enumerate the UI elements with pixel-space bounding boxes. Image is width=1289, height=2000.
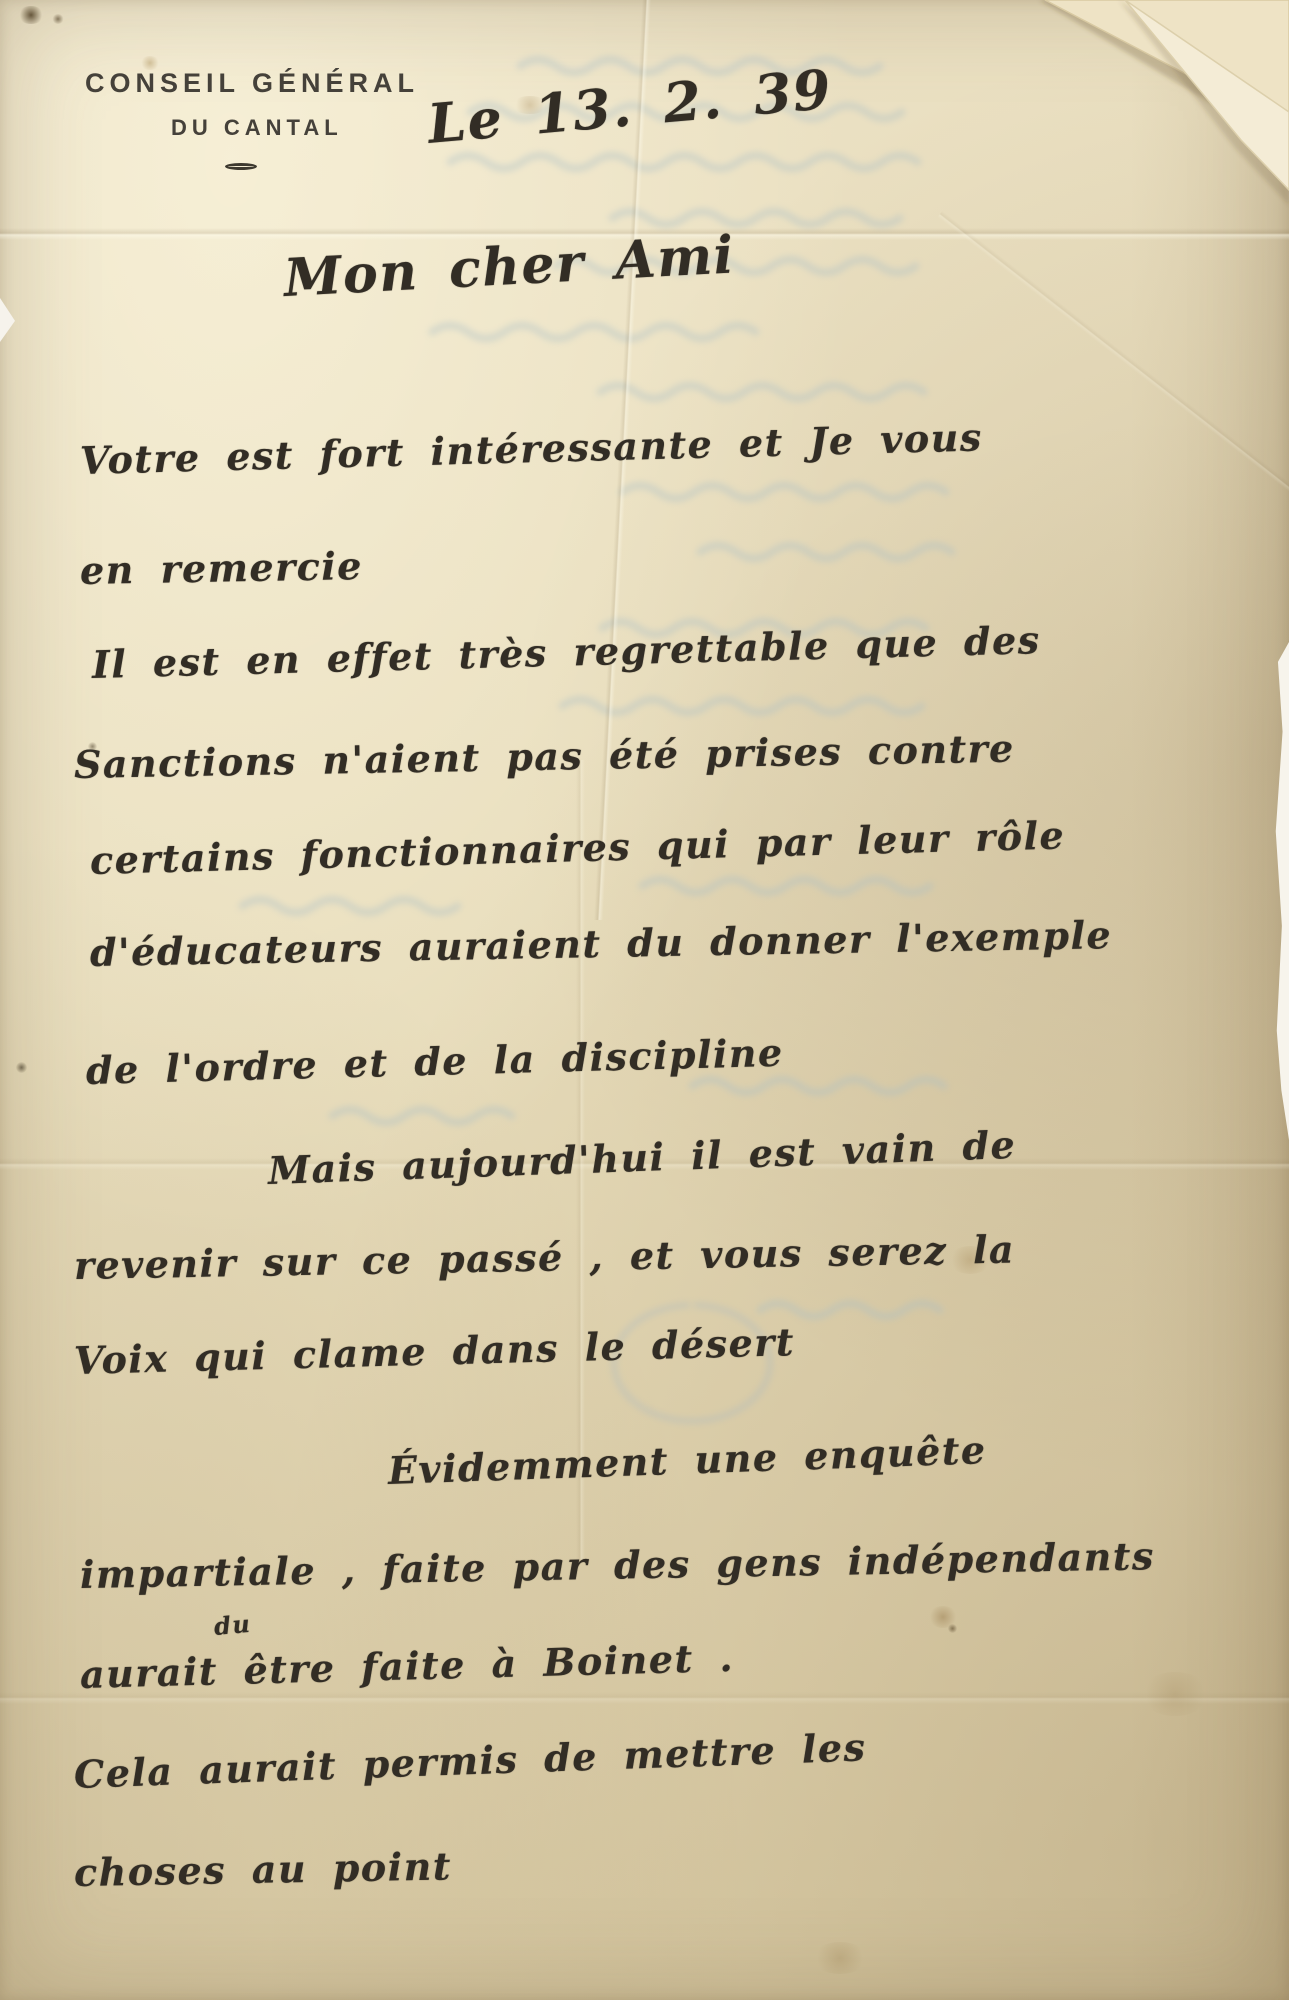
handwritten-line: certains fonctionnaires qui par leur rôl… <box>89 812 1065 883</box>
handwritten-line: Évidemment une enquête <box>387 1427 987 1493</box>
handwritten-line: en remercie <box>80 543 364 593</box>
handwritten-line: de l'ordre et de la discipline <box>85 1030 784 1093</box>
stain <box>16 1062 27 1073</box>
stain <box>52 14 64 24</box>
handwritten-line: Mais aujourd'hui il est vain de <box>267 1122 1017 1193</box>
handwritten-line: Voix qui clame dans le désert <box>73 1319 795 1383</box>
handwritten-line: Sanctions n'aient pas été prises contre <box>74 726 1016 787</box>
letterhead-line1: CONSEIL GÉNÉRAL <box>85 68 419 99</box>
stain <box>948 1624 957 1633</box>
letterhead-line2: DU CANTAL <box>171 115 419 141</box>
letterhead-divider <box>225 163 257 170</box>
interline-insertion: du <box>213 1609 253 1641</box>
handwritten-date: Le 13. 2. 39 <box>425 57 834 156</box>
stain <box>928 1606 958 1628</box>
paper-shading <box>1129 0 1289 2000</box>
handwritten-line: Cela aurait permis de mettre les <box>73 1724 867 1797</box>
torn-edge <box>0 298 15 342</box>
letterhead: CONSEIL GÉNÉRAL DU CANTAL <box>85 68 419 170</box>
stain <box>812 1942 868 1974</box>
letter-page: CONSEIL GÉNÉRAL DU CANTAL Le 13. 2. 39 M… <box>0 0 1289 2000</box>
handwritten-line: d'éducateurs auraient du donner l'exempl… <box>90 912 1113 975</box>
bleed-through-ink <box>0 0 1289 2000</box>
handwritten-line: impartiale , faite par des gens indépend… <box>80 1533 1156 1597</box>
handwritten-line: revenir sur ce passé , et vous serez la <box>74 1227 1016 1288</box>
handwritten-line: Votre est fort intéressante et Je vous <box>79 414 983 483</box>
handwritten-line: choses au point <box>74 1843 453 1895</box>
handwritten-line: Il est en effet très regrettable que des <box>91 617 1041 687</box>
handwritten-line: aurait être faite à Boinet . <box>79 1635 734 1697</box>
stain <box>18 6 44 24</box>
salutation: Mon cher Ami <box>282 224 736 309</box>
